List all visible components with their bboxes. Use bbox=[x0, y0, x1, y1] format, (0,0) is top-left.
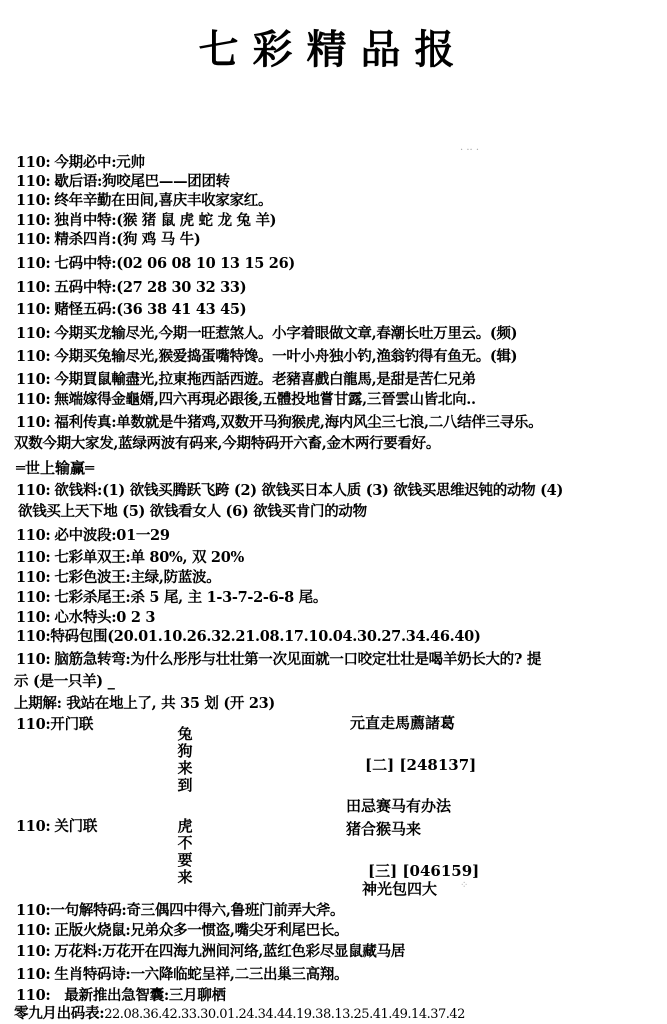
label: 七彩单双王: bbox=[54, 549, 130, 566]
value: (1) 欲钱买腾跃飞跨 (2) 欲钱买日本人质 (3) 欲钱买思维迟钝的动物 (… bbox=[102, 482, 563, 499]
value: (02 06 08 10 13 15 26) bbox=[116, 255, 295, 272]
value: (20.01.10.26.32.21.08.17.10.04.30.27.34.… bbox=[107, 628, 480, 645]
prefix: 110: bbox=[16, 371, 50, 388]
label: 一句解特码: bbox=[50, 902, 126, 919]
line-poem-mouse: 110:今期買鼠輸盡光,拉東拖西話西遊。老豬喜戲白龍馬,是甜是苦仁兄弟 bbox=[16, 371, 476, 389]
value: 今期买兔输尽光,猴爱捣蛋嘴特馋。一叶小舟独小钓,渔翁钓得有鱼无。(辑) bbox=[54, 348, 517, 365]
value: 一六降临蛇呈祥,二三出巢三高翔。 bbox=[130, 966, 348, 983]
label: 福利传真: bbox=[54, 414, 116, 431]
label: 独肖中特: bbox=[54, 212, 116, 229]
value: (36 38 41 43 45) bbox=[116, 301, 246, 318]
value: 万花开在四海九洲间河络,蓝红色彩尽显鼠藏马居 bbox=[102, 943, 405, 960]
value: 狗咬尾巴——团团转 bbox=[102, 173, 230, 190]
prefix: 110: bbox=[16, 414, 50, 431]
prefix: 110: bbox=[16, 609, 50, 626]
line-riddle: 110:脑筋急转弯:为什么彤彤与壮壮第一次见面就一口咬定壮壮是喝羊奶长大的? 提 bbox=[16, 651, 541, 669]
guanmen-vertical: 虎不要来 bbox=[176, 818, 194, 886]
line-duxiao: 110:独肖中特:(猴 猪 鼠 虎 蛇 龙 兔 羊) bbox=[16, 212, 276, 230]
prefix: 110: bbox=[16, 628, 50, 645]
line-shawei: 110:七彩杀尾王:杀 5 尾, 主 1-3-7-2-6-8 尾。 bbox=[16, 589, 327, 607]
guanmen-line-a: 田忌赛马有办法 bbox=[346, 795, 451, 816]
prefix: 110: bbox=[16, 818, 50, 835]
prefix: 110: bbox=[16, 527, 50, 544]
value: 22.08.36.42.33.30.01.24.34.44.19.38.13.2… bbox=[104, 1007, 465, 1022]
line-poem-gui: 110:無端嫁得金龜婿,四六再現必跟後,五體投地嘗甘露,三晉雲山皆北向.. bbox=[16, 391, 476, 409]
prefix: 110: bbox=[16, 987, 50, 1004]
kaimen-vertical: 兔狗来到 bbox=[176, 726, 194, 794]
prefix: 110: bbox=[16, 391, 50, 408]
prefix: 110: bbox=[16, 348, 50, 365]
value: 01一29 bbox=[116, 527, 169, 544]
value: 单 80%, 双 20% bbox=[130, 549, 244, 566]
label: 歇后语: bbox=[54, 173, 102, 190]
prefix: 110: bbox=[16, 173, 50, 190]
section-header: ═世上输赢═ bbox=[16, 457, 94, 478]
guanmen-line-b: 猪合猴马来 bbox=[346, 818, 421, 839]
scan-noise: · ·· · bbox=[460, 145, 479, 156]
prefix: 110: bbox=[16, 943, 50, 960]
prefix: 110: bbox=[16, 154, 50, 171]
label: 今期必中: bbox=[54, 154, 116, 171]
label: 赌怪五码: bbox=[54, 301, 116, 318]
prefix: 110: bbox=[16, 255, 50, 272]
line-yiju: 110:一句解特码:奇三偶四中得六,鲁班门前弄大斧。 bbox=[16, 902, 344, 920]
label: 开门联 bbox=[50, 716, 93, 733]
line-wanhua: 110:万花料:万花开在四海九洲间河络,蓝红色彩尽显鼠藏马居 bbox=[16, 943, 405, 961]
value: 無端嫁得金龜婿,四六再現必跟後,五體投地嘗甘露,三晉雲山皆北向.. bbox=[54, 391, 475, 408]
label: 心水特头: bbox=[54, 609, 116, 626]
line-duguai: 110:赌怪五码:(36 38 41 43 45) bbox=[16, 301, 246, 319]
line-tetou: 110:心水特头:0 2 3 bbox=[16, 609, 155, 627]
value: 今期买龙输尽光,今期一旺惹煞人。小字着眼做文章,春潮长吐万里云。(频) bbox=[54, 325, 517, 342]
value: 单数就是牛猪鸡,双数开马狗猴虎,海内风尘三七浪,二八结伴三寻乐。 bbox=[116, 414, 542, 431]
guanmen-bottom: 神光包四大 bbox=[362, 878, 437, 899]
line-wuma: 110:五码中特:(27 28 30 32 33) bbox=[16, 279, 246, 297]
label: 七彩色波王: bbox=[54, 569, 130, 586]
kaimen-top-right: 元直走馬薦諸葛 bbox=[350, 712, 455, 733]
prefix: 110: bbox=[16, 231, 50, 248]
label: 五码中特: bbox=[54, 279, 116, 296]
line-bizhong: 110:今期必中:元帅 bbox=[16, 154, 145, 172]
value: (27 28 30 32 33) bbox=[116, 279, 246, 296]
label: 关门联 bbox=[54, 818, 97, 835]
label: 万花料: bbox=[54, 943, 102, 960]
scan-noise: ⁘ bbox=[460, 880, 468, 891]
line-sebo: 110:七彩色波王:主绿,防蓝波。 bbox=[16, 569, 220, 587]
guanmen-label: 110:关门联 bbox=[16, 818, 97, 836]
label: 七码中特: bbox=[54, 255, 116, 272]
line-huoshaoshu: 110:正版火烧鼠:兄弟众多一惯盗,嘴尖牙利尾巴长。 bbox=[16, 922, 348, 940]
label: 特码包围 bbox=[50, 628, 107, 645]
prefix: 110: bbox=[16, 192, 50, 209]
prefix: 110: bbox=[16, 651, 50, 668]
prefix: 110: bbox=[16, 212, 50, 229]
label: 生肖特码诗: bbox=[54, 966, 130, 983]
line-boduan: 110:必中波段:01一29 bbox=[16, 527, 170, 545]
line-xiehouyu: 110:歇后语:狗咬尾巴——团团转 bbox=[16, 173, 230, 191]
label: 脑筋急转弯: bbox=[54, 651, 130, 668]
prefix: 110: bbox=[16, 966, 50, 983]
value: 为什么彤彤与壮壮第一次见面就一口咬定壮壮是喝羊奶长大的? 提 bbox=[130, 651, 541, 668]
prefix: 110: bbox=[16, 279, 50, 296]
prefix: 110: bbox=[16, 922, 50, 939]
label: 七彩杀尾王: bbox=[54, 589, 130, 606]
line-fuli: 110:福利传真:单数就是牛猪鸡,双数开马狗猴虎,海内风尘三七浪,二八结伴三寻乐… bbox=[16, 414, 542, 432]
value: 元帅 bbox=[116, 154, 144, 171]
line-fuli-continuation: 双数今期大家发,蓝绿两波有码来,今期特码开六畜,金木两行要看好。 bbox=[14, 435, 440, 453]
line-jingsha: 110:精杀四肖:(狗 鸡 马 牛) bbox=[16, 231, 200, 249]
line-tema-baowei: 110:特码包围(20.01.10.26.32.21.08.17.10.04.3… bbox=[16, 628, 481, 646]
value: 三月聊栖 bbox=[169, 987, 226, 1004]
prefix: 110: bbox=[16, 902, 50, 919]
line-poem-rabbit: 110:今期买兔输尽光,猴爱捣蛋嘴特馋。一叶小舟独小钓,渔翁钓得有鱼无。(辑) bbox=[16, 348, 517, 366]
value: (狗 鸡 马 牛) bbox=[116, 231, 200, 248]
label: 必中波段: bbox=[54, 527, 116, 544]
value: 奇三偶四中得六,鲁班门前弄大斧。 bbox=[126, 902, 344, 919]
line-poem: 110:终年辛勤在田间,喜庆丰收家家红。 bbox=[16, 192, 272, 210]
line-shengxiao-poem: 110:生肖特码诗:一六降临蛇呈祥,二三出巢三高翔。 bbox=[16, 966, 348, 984]
label: 欲钱料: bbox=[54, 482, 102, 499]
prefix: 110: bbox=[16, 716, 50, 733]
line-qima: 110:七码中特:(02 06 08 10 13 15 26) bbox=[16, 255, 295, 273]
line-month-table: 零九月出码表:22.08.36.42.33.30.01.24.34.44.19.… bbox=[14, 1005, 465, 1024]
prefix: 110: bbox=[16, 549, 50, 566]
label: 零九月出码表: bbox=[14, 1005, 104, 1022]
label: 精杀四肖: bbox=[54, 231, 116, 248]
line-danshuang: 110:七彩单双王:单 80%, 双 20% bbox=[16, 549, 244, 567]
prefix: 110: bbox=[16, 569, 50, 586]
prefix: 110: bbox=[16, 482, 50, 499]
value: 今期買鼠輸盡光,拉東拖西話西遊。老豬喜戲白龍馬,是甜是苦仁兄弟 bbox=[54, 371, 475, 388]
value: 终年辛勤在田间,喜庆丰收家家红。 bbox=[54, 192, 272, 209]
value: 杀 5 尾, 主 1-3-7-2-6-8 尾。 bbox=[130, 589, 327, 606]
value: 0 2 3 bbox=[116, 609, 155, 626]
prefix: 110: bbox=[16, 325, 50, 342]
prefix: 110: bbox=[16, 589, 50, 606]
line-poem-long: 110:今期买龙输尽光,今期一旺惹煞人。小字着眼做文章,春潮长吐万里云。(频) bbox=[16, 325, 517, 343]
line-riddle-hint: 示 (是一只羊) _ bbox=[14, 673, 115, 691]
value: (猴 猪 鼠 虎 蛇 龙 兔 羊) bbox=[116, 212, 276, 229]
scan-noise: ∴ bbox=[90, 160, 96, 171]
line-yuqian-continuation: 欲钱买上天下地 (5) 欲钱看女人 (6) 欲钱买肯门的动物 bbox=[18, 503, 367, 521]
kaimen-code: [二] [248137] bbox=[365, 754, 476, 775]
value: 主绿,防蓝波。 bbox=[130, 569, 220, 586]
line-jizhinang: 110:最新推出急智囊:三月聊栖 bbox=[16, 987, 226, 1005]
value: 兄弟众多一惯盗,嘴尖牙利尾巴长。 bbox=[130, 922, 348, 939]
line-last-answer: 上期解: 我站在地上了, 共 35 划 (开 23) bbox=[14, 695, 275, 713]
label: 正版火烧鼠: bbox=[54, 922, 130, 939]
page-title: 七彩精品报 bbox=[0, 18, 667, 75]
label: 最新推出急智囊: bbox=[64, 987, 168, 1004]
kaimen-label: 110:开门联 bbox=[16, 716, 93, 734]
line-yuqian: 110:欲钱料:(1) 欲钱买腾跃飞跨 (2) 欲钱买日本人质 (3) 欲钱买思… bbox=[16, 482, 563, 500]
prefix: 110: bbox=[16, 301, 50, 318]
